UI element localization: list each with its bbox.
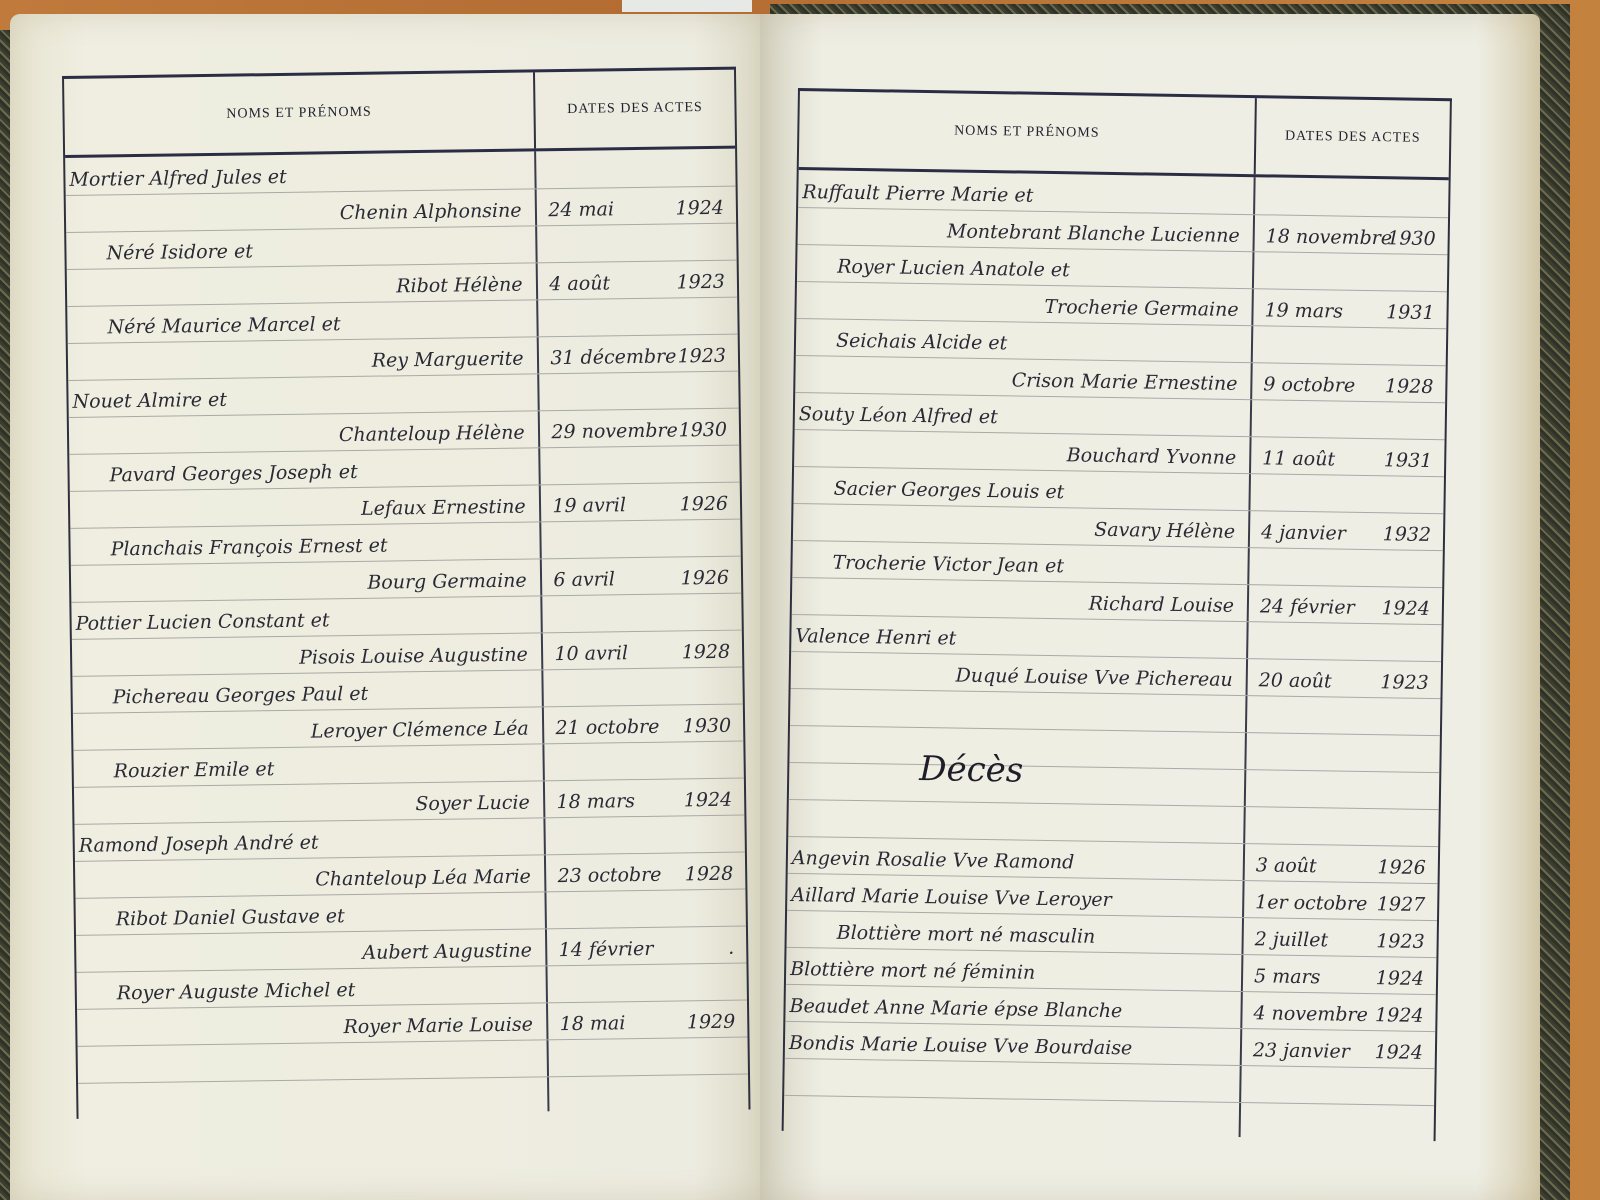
spouse-names-line2: Bouchard Yvonne (1067, 444, 1237, 469)
right-table-header: NOMS ET PRÉNOMS DATES DES ACTES (799, 91, 1450, 180)
paper-tab (622, 0, 752, 12)
spouse-names-line2: Leroyer Clémence Léa (311, 718, 529, 743)
spouse-names-line1: Royer Lucien Anatole et (837, 256, 1070, 282)
left-register-table: NOMS ET PRÉNOMS DATES DES ACTES Mortier … (62, 67, 750, 1119)
spouse-names-line1: Sacier Georges Louis et (834, 478, 1065, 504)
spouse-names-line2: Montebrant Blanche Lucienne (947, 220, 1240, 247)
spouse-names-line2: Chenin Alphonsine (340, 200, 522, 225)
act-date: 20 août (1259, 669, 1332, 692)
act-year: 1931 (1386, 301, 1435, 324)
act-date: 10 avril (554, 642, 628, 665)
spouse-names-line1: Pottier Lucien Constant et (75, 609, 329, 635)
spouse-names-line1: Néré Maurice Marcel et (107, 313, 340, 338)
deces-section-title: Décès (919, 749, 1024, 791)
spouse-names-line1: Mortier Alfred Jules et (69, 166, 287, 191)
act-year: 1923 (676, 271, 725, 294)
header-names: NOMS ET PRÉNOMS (954, 123, 1100, 141)
act-year: 1928 (685, 863, 734, 886)
act-date: 4 janvier (1261, 521, 1346, 544)
right-page: NOMS ET PRÉNOMS DATES DES ACTES Ruffault… (760, 14, 1540, 1200)
spouse-names-line1: Ribot Daniel Gustave et (116, 905, 345, 930)
spouse-names-line2: Chanteloup Hélène (339, 422, 525, 447)
death-date: 2 juillet (1255, 928, 1329, 951)
deceased-name: Angevin Rosalie Vve Ramond (792, 847, 1075, 873)
act-date: 21 octobre (555, 716, 659, 739)
death-year: 1923 (1376, 930, 1425, 953)
act-year: 1928 (1385, 375, 1434, 398)
act-year: 1926 (680, 493, 729, 516)
deceased-name: Aillard Marie Louise Vve Leroyer (791, 884, 1112, 911)
act-date: 29 novembre (551, 419, 678, 443)
spouse-names-line1: Pichereau Georges Paul et (113, 683, 369, 709)
act-year: 1929 (687, 1011, 736, 1034)
spouse-names-line1: Néré Isidore et (106, 240, 253, 264)
act-year: . (728, 937, 734, 959)
spouse-names-line1: Pavard Georges Joseph et (109, 461, 357, 486)
ruled-line (784, 1095, 1434, 1106)
death-year: 1924 (1375, 1004, 1424, 1027)
act-date: 23 octobre (557, 864, 661, 887)
act-year: 1931 (1384, 449, 1433, 472)
death-year: 1924 (1374, 1041, 1423, 1064)
spouse-names-line2: Duqué Louise Vve Pichereau (955, 665, 1232, 691)
act-year: 1926 (681, 567, 730, 590)
act-year: 1923 (677, 345, 726, 368)
deceased-name: Blottière mort né masculin (837, 922, 1096, 948)
act-year: 1930 (683, 715, 732, 738)
act-year: 1928 (682, 641, 731, 664)
spouse-names-line1: Royer Auguste Michel et (117, 979, 356, 1004)
act-date: 14 février (558, 938, 653, 961)
act-date: 6 avril (553, 568, 615, 591)
ruled-line (78, 1074, 748, 1084)
left-table-body: Mortier Alfred Jules etChenin Alphonsine… (65, 149, 748, 1118)
spouse-names-line1: Seichais Alcide et (836, 330, 1008, 355)
deceased-name: Blottière mort né féminin (790, 958, 1035, 984)
act-year: 1930 (678, 419, 727, 442)
spouse-names-line2: Chanteloup Léa Marie (315, 866, 531, 891)
act-date: 11 août (1262, 447, 1335, 470)
act-year: 1930 (1387, 227, 1436, 250)
act-date: 18 novembre (1266, 225, 1393, 249)
act-date: 9 octobre (1263, 373, 1355, 396)
spouse-names-line2: Ribot Hélène (396, 274, 523, 298)
death-date: 1er octobre (1255, 891, 1367, 915)
act-date: 24 mai (548, 198, 614, 221)
death-year: 1926 (1377, 856, 1426, 879)
right-table-body: Ruffault Pierre Marie etMontebrant Blanc… (784, 170, 1449, 1140)
death-year: 1924 (1376, 967, 1425, 990)
left-table-header: NOMS ET PRÉNOMS DATES DES ACTES (64, 70, 735, 158)
act-date: 18 mars (556, 790, 635, 813)
spouse-names-line1: Valence Henri et (795, 625, 956, 650)
spouse-names-line2: Crison Marie Ernestine (1011, 369, 1237, 395)
act-year: 1923 (1380, 671, 1429, 694)
deceased-name: Bondis Marie Louise Vve Bourdaise (789, 1032, 1133, 1059)
spouse-names-line2: Savary Hélène (1094, 519, 1235, 543)
header-dates: DATES DES ACTES (567, 100, 703, 118)
header-names: NOMS ET PRÉNOMS (226, 105, 372, 123)
header-dates: DATES DES ACTES (1285, 129, 1421, 147)
spouse-names-line2: Rey Marguerite (372, 348, 524, 372)
ruled-line (790, 725, 1440, 736)
act-year: 1932 (1383, 523, 1432, 546)
spouse-names-line2: Soyer Lucie (415, 792, 530, 816)
spouse-names-line2: Trocherie Germaine (1044, 296, 1238, 321)
act-year: 1924 (675, 197, 724, 220)
act-date: 31 décembre (550, 345, 676, 369)
spouse-names-line1: Planchais François Ernest et (110, 535, 387, 561)
left-page: NOMS ET PRÉNOMS DATES DES ACTES Mortier … (10, 14, 770, 1200)
death-date: 3 août (1256, 854, 1317, 877)
act-date: 18 mai (560, 1012, 626, 1035)
spouse-names-line1: Souty Léon Alfred et (799, 403, 998, 428)
spouse-names-line1: Rouzier Emile et (114, 758, 275, 782)
spouse-names-line1: Ramond Joseph André et (79, 831, 319, 856)
spouse-names-line2: Royer Marie Louise (343, 1014, 533, 1039)
spouse-names-line2: Aubert Augustine (362, 940, 532, 964)
death-date: 23 janvier (1253, 1039, 1350, 1063)
right-register-table: NOMS ET PRÉNOMS DATES DES ACTES Ruffault… (782, 88, 1452, 1141)
deceased-name: Beaudet Anne Marie épse Blanche (789, 995, 1122, 1022)
spouse-names-line2: Bourg Germaine (367, 570, 527, 594)
act-year: 1924 (1381, 597, 1430, 620)
spouse-names-line2: Pisois Louise Augustine (299, 644, 528, 669)
spouse-names-line2: Richard Louise (1089, 593, 1235, 617)
spouse-names-line1: Ruffault Pierre Marie et (802, 181, 1033, 207)
act-date: 24 février (1260, 595, 1355, 618)
act-date: 19 avril (552, 494, 626, 517)
death-year: 1927 (1377, 893, 1426, 916)
act-date: 4 août (549, 272, 610, 295)
spouse-names-line1: Nouet Almire et (72, 389, 227, 413)
ruled-line (789, 799, 1439, 810)
act-date: 19 mars (1264, 299, 1343, 322)
act-year: 1924 (684, 789, 733, 812)
spouse-names-line1: Trocherie Victor Jean et (832, 552, 1064, 578)
spouse-names-line2: Lefaux Ernestine (361, 496, 526, 520)
death-date: 4 novembre (1253, 1002, 1368, 1026)
ruled-line (789, 762, 1439, 773)
death-date: 5 mars (1254, 965, 1321, 988)
